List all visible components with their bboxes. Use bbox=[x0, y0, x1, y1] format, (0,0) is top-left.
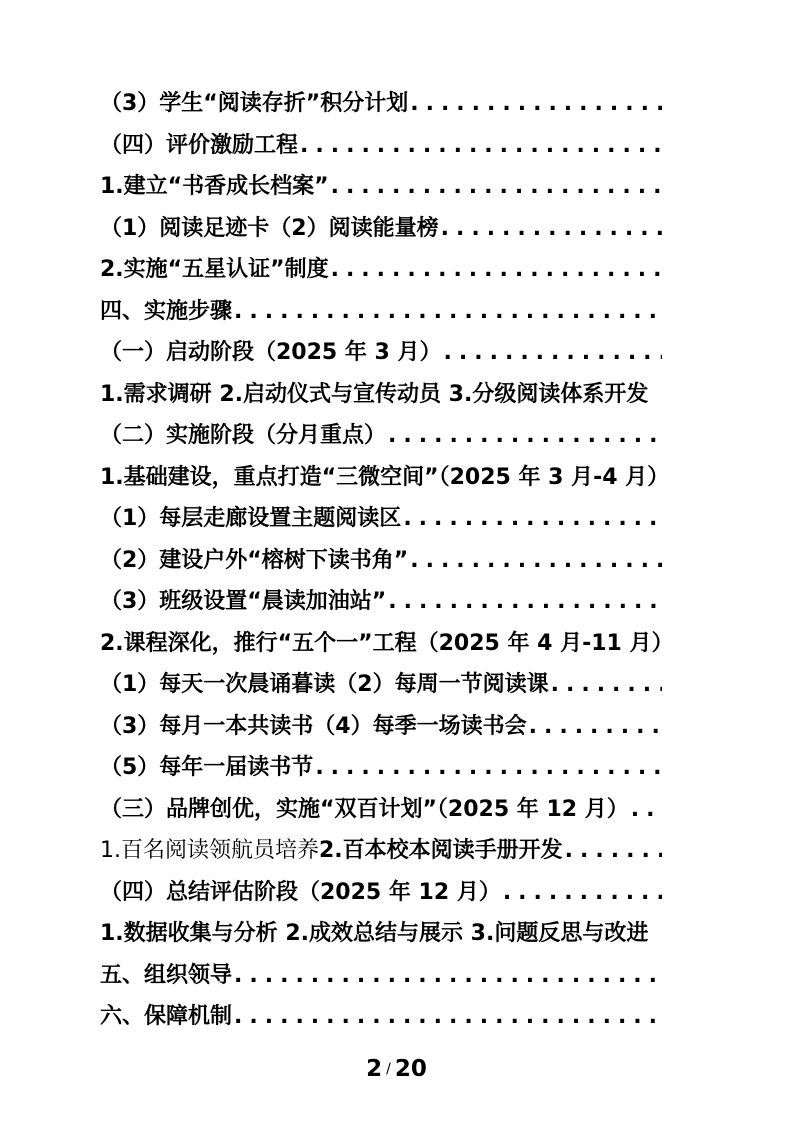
toc-entry-text: 1.数据收集与分析 2.成效总结与展示 3.问题反思与改进 bbox=[100, 913, 648, 955]
dot-leader: ........................................… bbox=[551, 664, 662, 706]
toc-entry-text: （1）阅读足迹卡（2）阅读能量榜 bbox=[100, 208, 439, 250]
toc-line: 1.基础建设，重点打造“三微空间”（2025 年 3 月-4 月） bbox=[100, 457, 662, 499]
toc-line: （2）建设户外“榕树下读书角”.........................… bbox=[100, 540, 662, 582]
dot-leader: ........................................… bbox=[441, 208, 662, 250]
toc-entry-text: 1.建立“书香成长档案” bbox=[100, 166, 329, 208]
toc-line: （3）班级设置“晨读加油站”..........................… bbox=[100, 581, 662, 623]
document-page: （3）学生“阅读存折”积分计划.........................… bbox=[0, 0, 793, 1122]
toc-entry-text: （3）班级设置“晨读加油站” bbox=[100, 581, 386, 623]
toc-line: （3）每月一本共读书（4）每季一场读书会....................… bbox=[100, 706, 662, 748]
toc-line: （四）评价激励工程...............................… bbox=[100, 125, 662, 167]
toc-line: （三）品牌创优，实施“双百计划”（2025 年 12 月）...........… bbox=[100, 789, 662, 831]
page-footer: 2/20 bbox=[0, 1054, 793, 1084]
toc-line: 六、保障机制..................................… bbox=[100, 996, 662, 1038]
toc-entry-text: （3）每月一本共读书（4）每季一场读书会 bbox=[100, 706, 527, 748]
toc-line: 四、实施步骤..................................… bbox=[100, 291, 662, 333]
dot-leader: ........................................… bbox=[403, 498, 662, 540]
toc-entry-text: 四、实施步骤 bbox=[100, 291, 232, 333]
dot-leader: ........................................… bbox=[410, 83, 662, 125]
toc-entry-text: （3）学生“阅读存折”积分计划 bbox=[100, 83, 408, 125]
toc-line: （1）每层走廊设置主题阅读区..........................… bbox=[100, 498, 662, 540]
page-number-total: 20 bbox=[395, 1056, 427, 1082]
dot-leader: ........................................… bbox=[388, 581, 662, 623]
toc-line: 1.数据收集与分析 2.成效总结与展示 3.问题反思与改进 bbox=[100, 913, 662, 955]
dot-leader: ........................................… bbox=[631, 789, 662, 831]
page-number-separator: / bbox=[386, 1061, 391, 1077]
toc-line: （四）总结评估阶段（2025 年 12 月）..................… bbox=[100, 872, 662, 914]
toc-line: 2.课程深化，推行“五个一”工程（2025 年 4 月-11 月） bbox=[100, 623, 662, 665]
toc-line: （1）每天一次晨诵暮读（2）每周一节阅读课...................… bbox=[100, 664, 662, 706]
toc-line: （一）启动阶段（2025 年 3 月）.....................… bbox=[100, 332, 662, 374]
toc-entry-text: （四）总结评估阶段（2025 年 12 月） bbox=[100, 872, 501, 914]
toc-entry-text: （二）实施阶段（分月重点） bbox=[100, 415, 386, 457]
toc-entry-text: 五、组织领导 bbox=[100, 955, 232, 997]
dot-leader: ........................................… bbox=[529, 706, 662, 748]
dot-leader: ........................................… bbox=[234, 996, 662, 1038]
toc-entry-text: （1）每层走廊设置主题阅读区 bbox=[100, 498, 401, 540]
toc-line: 2.实施“五星认证”制度............................… bbox=[100, 249, 662, 291]
toc-entry-text: （2）建设户外“榕树下读书角” bbox=[100, 540, 408, 582]
toc-entry-text: 2.百本校本阅读手册开发 bbox=[319, 830, 563, 872]
toc-entry-text: 2.实施“五星认证”制度 bbox=[100, 249, 329, 291]
toc-entry-text: 1.需求调研 2.启动仪式与宣传动员 3.分级阅读体系开发 bbox=[100, 374, 648, 416]
dot-leader: ........................................… bbox=[388, 415, 662, 457]
toc-line: 1.需求调研 2.启动仪式与宣传动员 3.分级阅读体系开发 bbox=[100, 374, 662, 416]
dot-leader: ........................................… bbox=[234, 291, 662, 333]
toc-entry-text: 1.百名阅读领航员培养 bbox=[100, 830, 319, 872]
toc-entry-text: 六、保障机制 bbox=[100, 996, 232, 1038]
toc-entry-text: （5）每年一届读书节 bbox=[100, 747, 313, 789]
dot-leader: ........................................… bbox=[300, 125, 662, 167]
toc-entry-text: （三）品牌创优，实施“双百计划”（2025 年 12 月） bbox=[100, 789, 629, 831]
dot-leader: ........................................… bbox=[331, 249, 662, 291]
toc-entry-text: 1.基础建设，重点打造“三微空间”（2025 年 3 月-4 月） bbox=[100, 457, 662, 499]
toc-line: 1.建立“书香成长档案”............................… bbox=[100, 166, 662, 208]
toc-line: （二）实施阶段（分月重点）...........................… bbox=[100, 415, 662, 457]
dot-leader: ........................................… bbox=[444, 332, 662, 374]
dot-leader: ........................................… bbox=[503, 872, 662, 914]
toc-line: （3）学生“阅读存折”积分计划.........................… bbox=[100, 83, 662, 125]
dot-leader: ........................................… bbox=[565, 830, 662, 872]
toc-line: （5）每年一届读书节..............................… bbox=[100, 747, 662, 789]
toc-line: 1.百名阅读领航员培养 2.百本校本阅读手册开发................… bbox=[100, 830, 662, 872]
dot-leader: ........................................… bbox=[315, 747, 662, 789]
toc-entry-text: （四）评价激励工程 bbox=[100, 125, 298, 167]
page-number-current: 2 bbox=[366, 1056, 382, 1082]
toc-line: 五、组织领导..................................… bbox=[100, 955, 662, 997]
dot-leader: ........................................… bbox=[410, 540, 662, 582]
toc-entry-text: （1）每天一次晨诵暮读（2）每周一节阅读课 bbox=[100, 664, 549, 706]
table-of-contents: （3）学生“阅读存折”积分计划.........................… bbox=[100, 83, 662, 1038]
toc-content: （3）学生“阅读存折”积分计划.........................… bbox=[0, 0, 793, 1038]
dot-leader: ........................................… bbox=[234, 955, 662, 997]
dot-leader: ........................................… bbox=[331, 166, 662, 208]
toc-entry-text: 2.课程深化，推行“五个一”工程（2025 年 4 月-11 月） bbox=[100, 623, 662, 665]
toc-line: （1）阅读足迹卡（2）阅读能量榜........................… bbox=[100, 208, 662, 250]
toc-entry-text: （一）启动阶段（2025 年 3 月） bbox=[100, 332, 442, 374]
